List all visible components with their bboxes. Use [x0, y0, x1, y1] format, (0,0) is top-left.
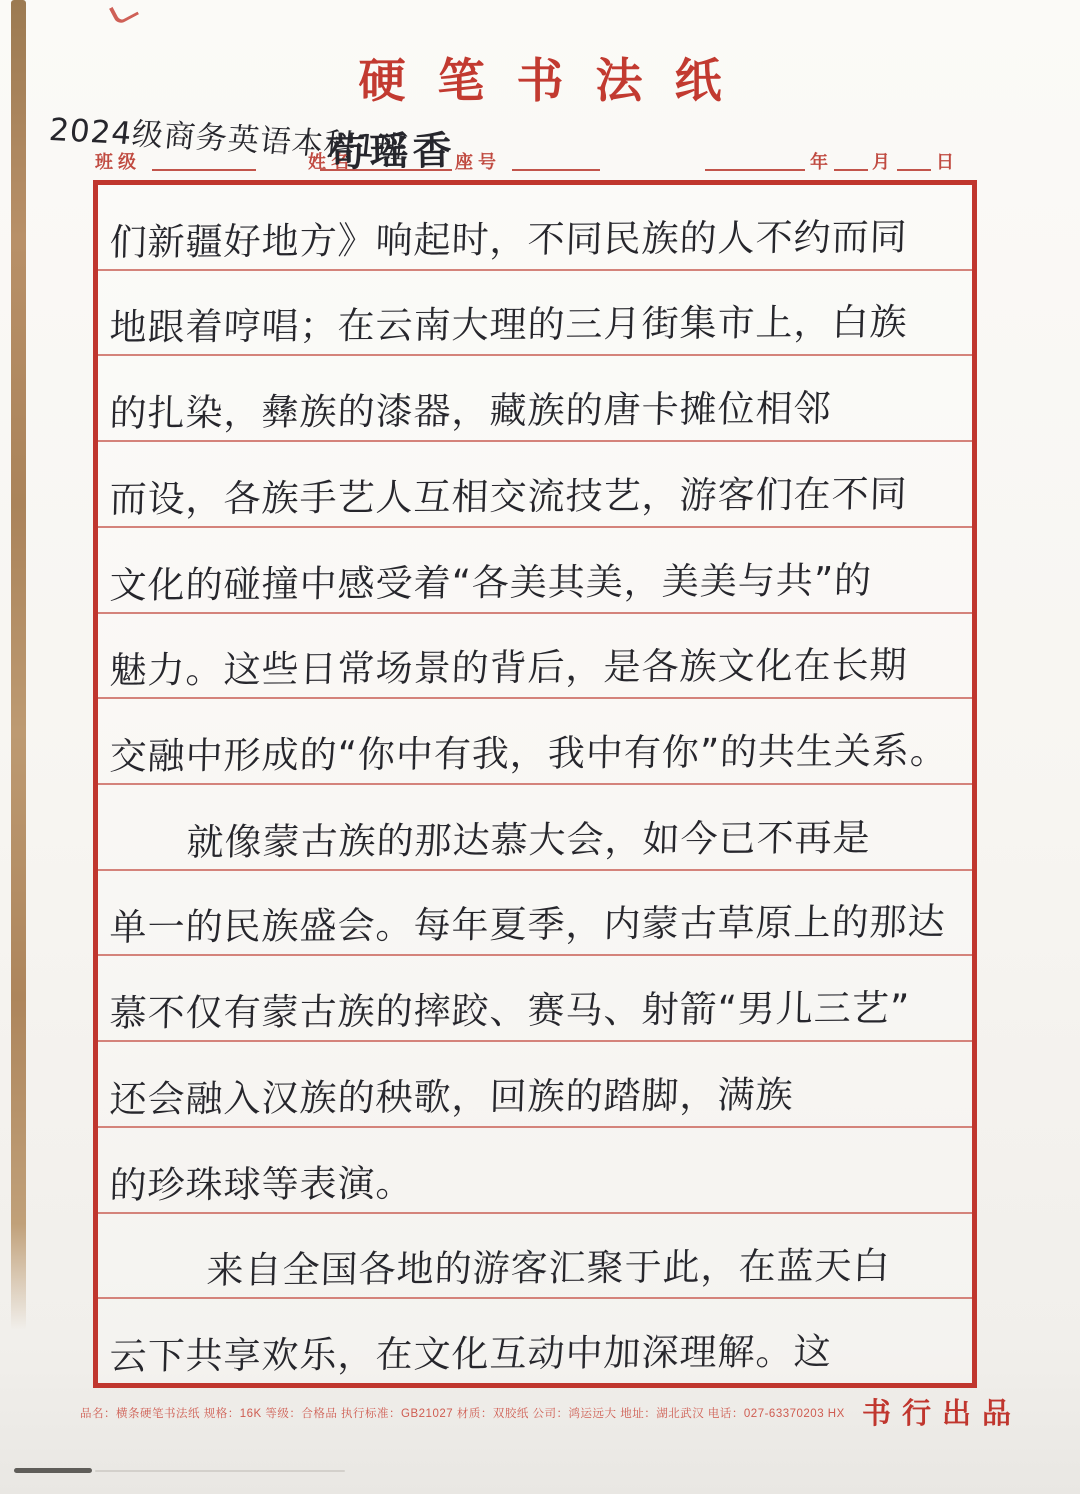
year-label: 年: [810, 148, 828, 174]
ruled-row: 地跟着哼唱；在云南大理的三月街集市上，白族: [98, 271, 972, 357]
footer-product-info: 品名：横条硬笔书法纸 规格：16K 等级：合格品 执行标准：GB21027 材质…: [80, 1405, 800, 1421]
ruled-row: 们新疆好地方》响起时，不同民族的人不约而同: [98, 185, 972, 271]
handwritten-name-value: 苟瑶香: [326, 120, 456, 178]
handwritten-line-8: 就像蒙古族的那达慕大会，如今已不再是: [186, 807, 871, 866]
handwritten-line-3: 的扎染，彝族的漆器，藏族的唐卡摊位相邻: [109, 378, 832, 437]
paper-edge-shadow: [14, 1468, 92, 1473]
red-mark-top-left: [109, 0, 139, 26]
handwritten-line-12: 的珍珠球等表演。: [109, 1152, 415, 1208]
handwritten-line-6: 魅力。这些日常场景的背后，是各族文化在长期: [109, 635, 908, 695]
day-label: 日: [936, 148, 954, 174]
handwritten-line-13: 来自全国各地的游客汇聚于此，在蓝天白: [206, 1236, 891, 1295]
ruled-row: 交融中形成的“你中有我，我中有你”的共生关系。: [98, 699, 972, 785]
photographed-page: 硬笔书法纸 2024级商务英语本科1班 班级 姓名 苟瑶香 座号 年 月 日 们…: [0, 0, 1080, 1494]
seat-blank-line: [512, 169, 600, 171]
seat-label: 座号: [455, 148, 501, 174]
class-label: 班级: [95, 148, 141, 174]
handwritten-line-1: 们新疆好地方》响起时，不同民族的人不约而同: [109, 206, 908, 266]
year-blank-line: [705, 169, 805, 171]
handwritten-line-4: 而设，各族手艺人互相交流技艺，游客们在不同: [109, 463, 908, 523]
ruled-row: 单一的民族盛会。每年夏季，内蒙古草原上的那达: [98, 871, 972, 957]
publisher-mark: 书行出品: [862, 1391, 1022, 1432]
ruled-row: 还会融入汉族的秧歌，回族的踏脚，满族: [98, 1042, 972, 1128]
ruled-row: 文化的碰撞中感受着“各美其美，美美与共”的: [98, 528, 972, 614]
ruled-row: 魅力。这些日常场景的背后，是各族文化在长期: [98, 614, 972, 700]
ruled-row: 的珍珠球等表演。: [98, 1128, 972, 1214]
class-blank-line: [152, 169, 256, 171]
left-edge-strip: [11, 0, 26, 1330]
ruled-row: 的扎染，彝族的漆器，藏族的唐卡摊位相邻: [98, 356, 972, 442]
ruled-row: 就像蒙古族的那达慕大会，如今已不再是: [98, 785, 972, 871]
handwritten-line-7: 交融中形成的“你中有我，我中有你”的共生关系。: [109, 720, 949, 780]
handwritten-line-5: 文化的碰撞中感受着“各美其美，美美与共”的: [109, 549, 873, 608]
handwritten-line-14: 云下共享欢乐，在文化互动中加深理解。这: [109, 1321, 832, 1380]
month-blank-line: [834, 169, 868, 171]
month-label: 月: [872, 148, 890, 174]
ruled-row: 慕不仅有蒙古族的摔跤、赛马、射箭“男儿三艺”: [98, 956, 972, 1042]
handwritten-line-2: 地跟着哼唱；在云南大理的三月街集市上，白族: [109, 292, 908, 352]
ruled-row: 来自全国各地的游客汇聚于此，在蓝天白: [98, 1214, 972, 1300]
handwritten-line-9: 单一的民族盛会。每年夏季，内蒙古草原上的那达: [109, 892, 946, 952]
writing-grid: 们新疆好地方》响起时，不同民族的人不约而同 地跟着哼唱；在云南大理的三月街集市上…: [93, 180, 977, 1388]
handwritten-line-11: 还会融入汉族的秧歌，回族的踏脚，满族: [109, 1064, 794, 1123]
ruled-row: 云下共享欢乐，在文化互动中加深理解。这: [98, 1299, 972, 1383]
paper-edge-shadow-faint: [95, 1470, 345, 1472]
page-title: 硬笔书法纸: [0, 44, 1080, 111]
handwritten-line-10: 慕不仅有蒙古族的摔跤、赛马、射箭“男儿三艺”: [109, 978, 911, 1038]
day-blank-line: [897, 169, 931, 171]
ruled-row: 而设，各族手艺人互相交流技艺，游客们在不同: [98, 442, 972, 528]
